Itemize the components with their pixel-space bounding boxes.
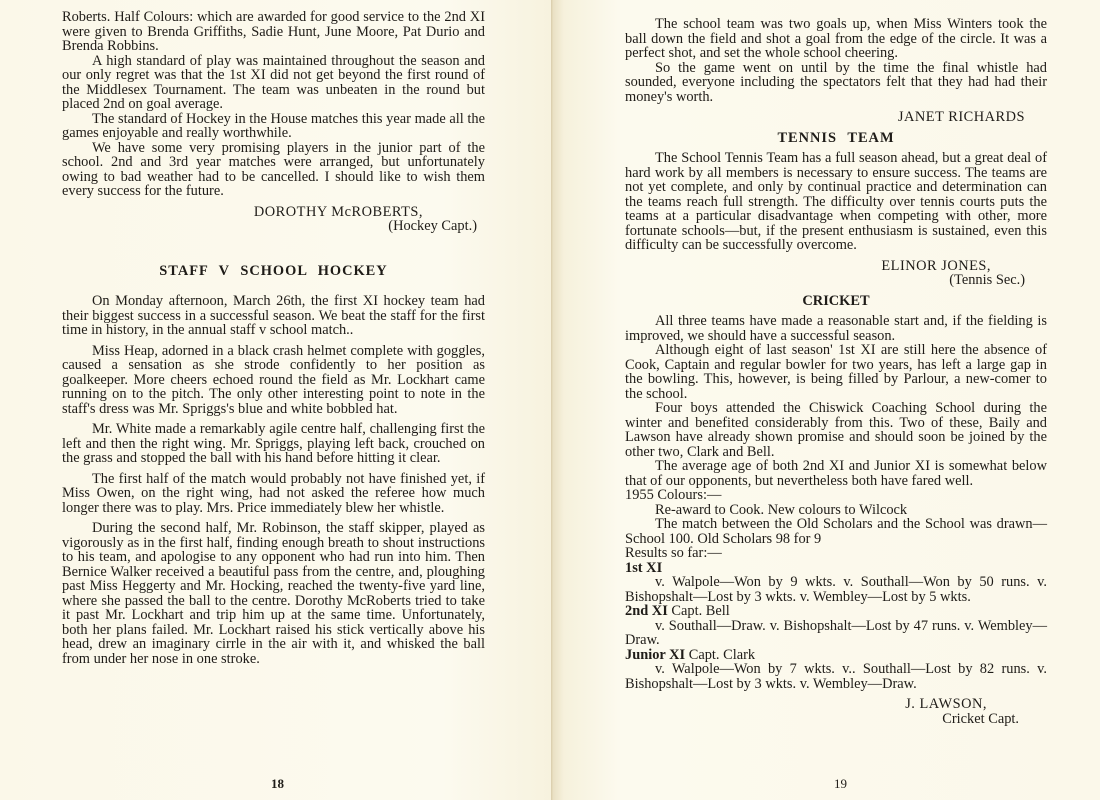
cricket-signature-role: Cricket Capt. — [625, 712, 1047, 727]
tennis-signature: ELINOR JONES, — [625, 259, 1047, 274]
cricket-paragraph: All three teams have made a reasonable s… — [625, 314, 1047, 343]
hockey-signature: DOROTHY McROBERTS, — [62, 205, 485, 220]
hockey-signature-role: (Hockey Capt.) — [62, 219, 485, 234]
right-page: The school team was two goals up, when M… — [553, 0, 1100, 800]
staff-v-school-heading: STAFF V SCHOOL HOCKEY — [62, 264, 485, 279]
team-results-2nd-xi: v. Southall—Draw. v. Bishopshalt—Lost by… — [625, 619, 1047, 648]
hockey-paragraph: We have some very promising players in t… — [62, 141, 485, 199]
colours-label: 1955 Colours:— — [625, 488, 1047, 503]
colours-text: Re-award to Cook. New colours to Wilcock — [625, 503, 1047, 518]
team-header-2nd-xi: 2nd XI Capt. Bell — [625, 604, 1047, 619]
team-results-junior-xi: v. Walpole—Won by 7 wkts. v.. Southall—L… — [625, 662, 1047, 691]
staff-v-school-paragraph: The school team was two goals up, when M… — [625, 17, 1047, 61]
tennis-signature-role: (Tennis Sec.) — [625, 273, 1047, 288]
left-page: Roberts. Half Colours: which are awarded… — [0, 0, 553, 800]
cricket-paragraph: The average age of both 2nd XI and Junio… — [625, 459, 1047, 488]
team-captain: Capt. Bell — [671, 603, 729, 619]
hockey-paragraph: Roberts. Half Colours: which are awarded… — [62, 10, 485, 54]
team-results-1st-xi: v. Walpole—Won by 9 wkts. v. Southall—Wo… — [625, 575, 1047, 604]
page-number: 18 — [271, 776, 284, 792]
left-page-body: Roberts. Half Colours: which are awarded… — [62, 10, 485, 666]
right-page-body: The school team was two goals up, when M… — [625, 17, 1047, 726]
cricket-paragraph: Four boys attended the Chiswick Coaching… — [625, 401, 1047, 459]
hockey-paragraph: The standard of Hockey in the House matc… — [62, 112, 485, 141]
team-header-junior-xi: Junior XI Capt. Clark — [625, 648, 1047, 663]
team-header-1st-xi: 1st XI — [625, 561, 1047, 576]
booklet-spread: Roberts. Half Colours: which are awarded… — [0, 0, 1100, 800]
old-scholars-match: The match between the Old Scholars and t… — [625, 517, 1047, 546]
staff-v-school-paragraph: The first half of the match would probab… — [62, 472, 485, 516]
staff-v-school-paragraph: So the game went on until by the time th… — [625, 61, 1047, 105]
cricket-signature: J. LAWSON, — [625, 697, 1047, 712]
cricket-heading: CRICKET — [625, 294, 1047, 309]
cricket-paragraph: Although eight of last season' 1st XI ar… — [625, 343, 1047, 401]
staff-v-school-paragraph: Miss Heap, adorned in a black crash helm… — [62, 344, 485, 417]
hockey-paragraph: A high standard of play was maintained t… — [62, 54, 485, 112]
staff-v-school-signature: JANET RICHARDS — [625, 110, 1047, 125]
tennis-paragraph: The School Tennis Team has a full season… — [625, 151, 1047, 253]
staff-v-school-paragraph: During the second half, Mr. Robinson, th… — [62, 521, 485, 666]
staff-v-school-paragraph: Mr. White made a remarkably agile centre… — [62, 422, 485, 466]
staff-v-school-paragraph: On Monday afternoon, March 26th, the fir… — [62, 294, 485, 338]
team-name: 2nd XI — [625, 603, 668, 619]
tennis-heading: TENNIS TEAM — [625, 131, 1047, 146]
page-number: 19 — [834, 776, 847, 792]
results-label: Results so far:— — [625, 546, 1047, 561]
